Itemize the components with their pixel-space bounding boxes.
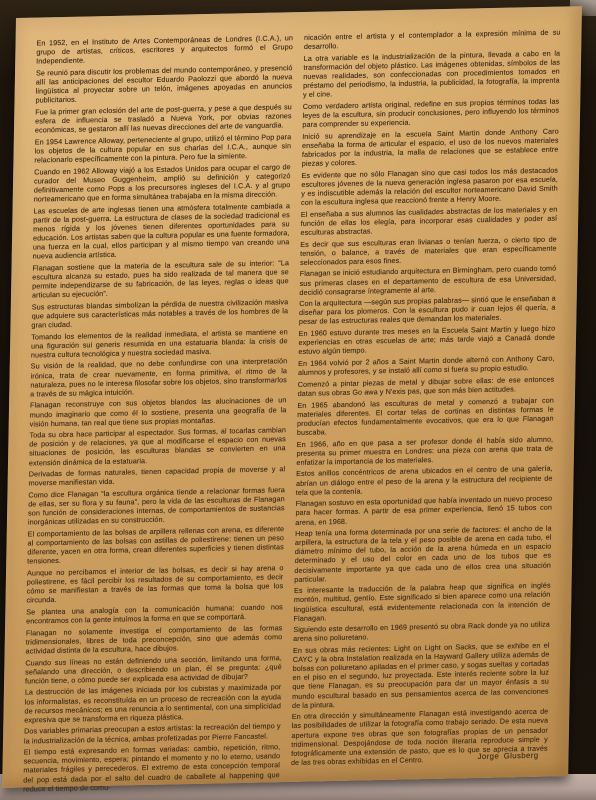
paragraph: La otra variable es la industrialización… [303,48,560,99]
paragraph: En 1954 Lawrence Alloway, perteneciente … [34,132,291,165]
paragraph: En 1964 volvió por 2 años a Saint Martin… [298,354,555,378]
paragraph: La destrucción de las imágenes iniciada … [24,683,281,725]
paragraph: Flanagan sostiene que la materia de la e… [32,258,289,300]
paragraph: En 1965 abandonó las esculturas de metal… [297,395,554,437]
paragraph: nicación entre el artista y el contempla… [304,28,561,52]
paragraph: Se reunió para discutir los problemas de… [35,63,292,105]
paragraph: Cuando en 1962 Alloway viajó a los Estad… [34,162,291,204]
paragraph: Las escuelas de arte inglesas tienen una… [33,201,290,261]
paragraph: Inició su aprendizaje en la escuela Sain… [302,126,559,168]
paragraph: El enseñaba a sus alumnos las cualidades… [300,204,557,237]
paragraph: Flanagan reconstruye con sus objetos bla… [30,396,287,429]
paragraph: Estos anillos concéntricos de arena ubic… [296,464,553,497]
paragraph: Flanagan se inició estudiando arquitectu… [299,264,556,297]
paragraph: Tomando los elementos de la realidad inm… [31,327,288,360]
text-columns: En 1952, en el Instituto de Artes Contem… [2,6,582,796]
paragraph: Sus estructuras blandas simbolizan la pé… [31,297,288,330]
paragraph: Flanagan no solamente investiga el compo… [26,623,283,656]
right-column: nicación entre el artista y el contempla… [290,28,560,791]
paragraph: Como verdadero artista original, redefin… [302,96,559,129]
paragraph: El tiempo está expresando en formas vari… [23,742,280,793]
paragraph: Flanagan sostuvo en esta oportunidad que… [295,494,552,527]
paragraph: En sus obras más recientes: Light on Lig… [292,641,550,710]
paragraph: En 1966, año en que pasa a ser profesor … [296,434,553,467]
left-column: En 1952, en el Instituto de Artes Contem… [23,33,293,796]
paragraph: Es decir que sus esculturas eran liviana… [300,234,557,267]
paragraph: En 1960 estuvo durante tres meses en la … [298,324,555,357]
paragraph: Comenzó a pintar piezas de metal y dibuj… [298,374,555,398]
paragraph: En 1952, en el Instituto de Artes Contem… [36,33,293,66]
paragraph: Es evidente que no sólo Flanagan sino qu… [301,165,558,207]
paragraph: Heap tenía una forma determinada por una… [294,524,551,584]
paragraph: Toda su obra hace participar al espectad… [29,425,286,467]
paragraph: Derivadas de formas naturales, tienen ca… [29,464,286,488]
paragraph: Es interesante la traducción de la palab… [294,581,551,623]
paragraph: Siguiendo este desarrollo en 1969 presen… [293,620,550,644]
paragraph: Se plantea una analogía con la comunicac… [26,602,283,626]
paragraph: Como dice Flanagan “la escultura orgánic… [28,485,285,527]
paragraph: Cuando sus líneas no están definiendo un… [25,653,282,686]
author-signature: Jorge Glusberg [478,751,539,761]
paragraph: El comportamiento de las bolsas de arpil… [27,524,284,566]
paragraph: Fue la primer gran eclosión del arte de … [35,102,292,135]
paragraph: Con la arquitectura —según sus propias p… [299,294,556,327]
paragraph: Su visión de la realidad, que no debe co… [30,357,287,399]
paragraph: Dos variables primarias preocupan a esto… [24,722,281,746]
paragraph: Aunque no percibamos el interior de las … [26,563,283,605]
document-page: En 1952, en el Instituto de Artes Contem… [2,6,582,788]
